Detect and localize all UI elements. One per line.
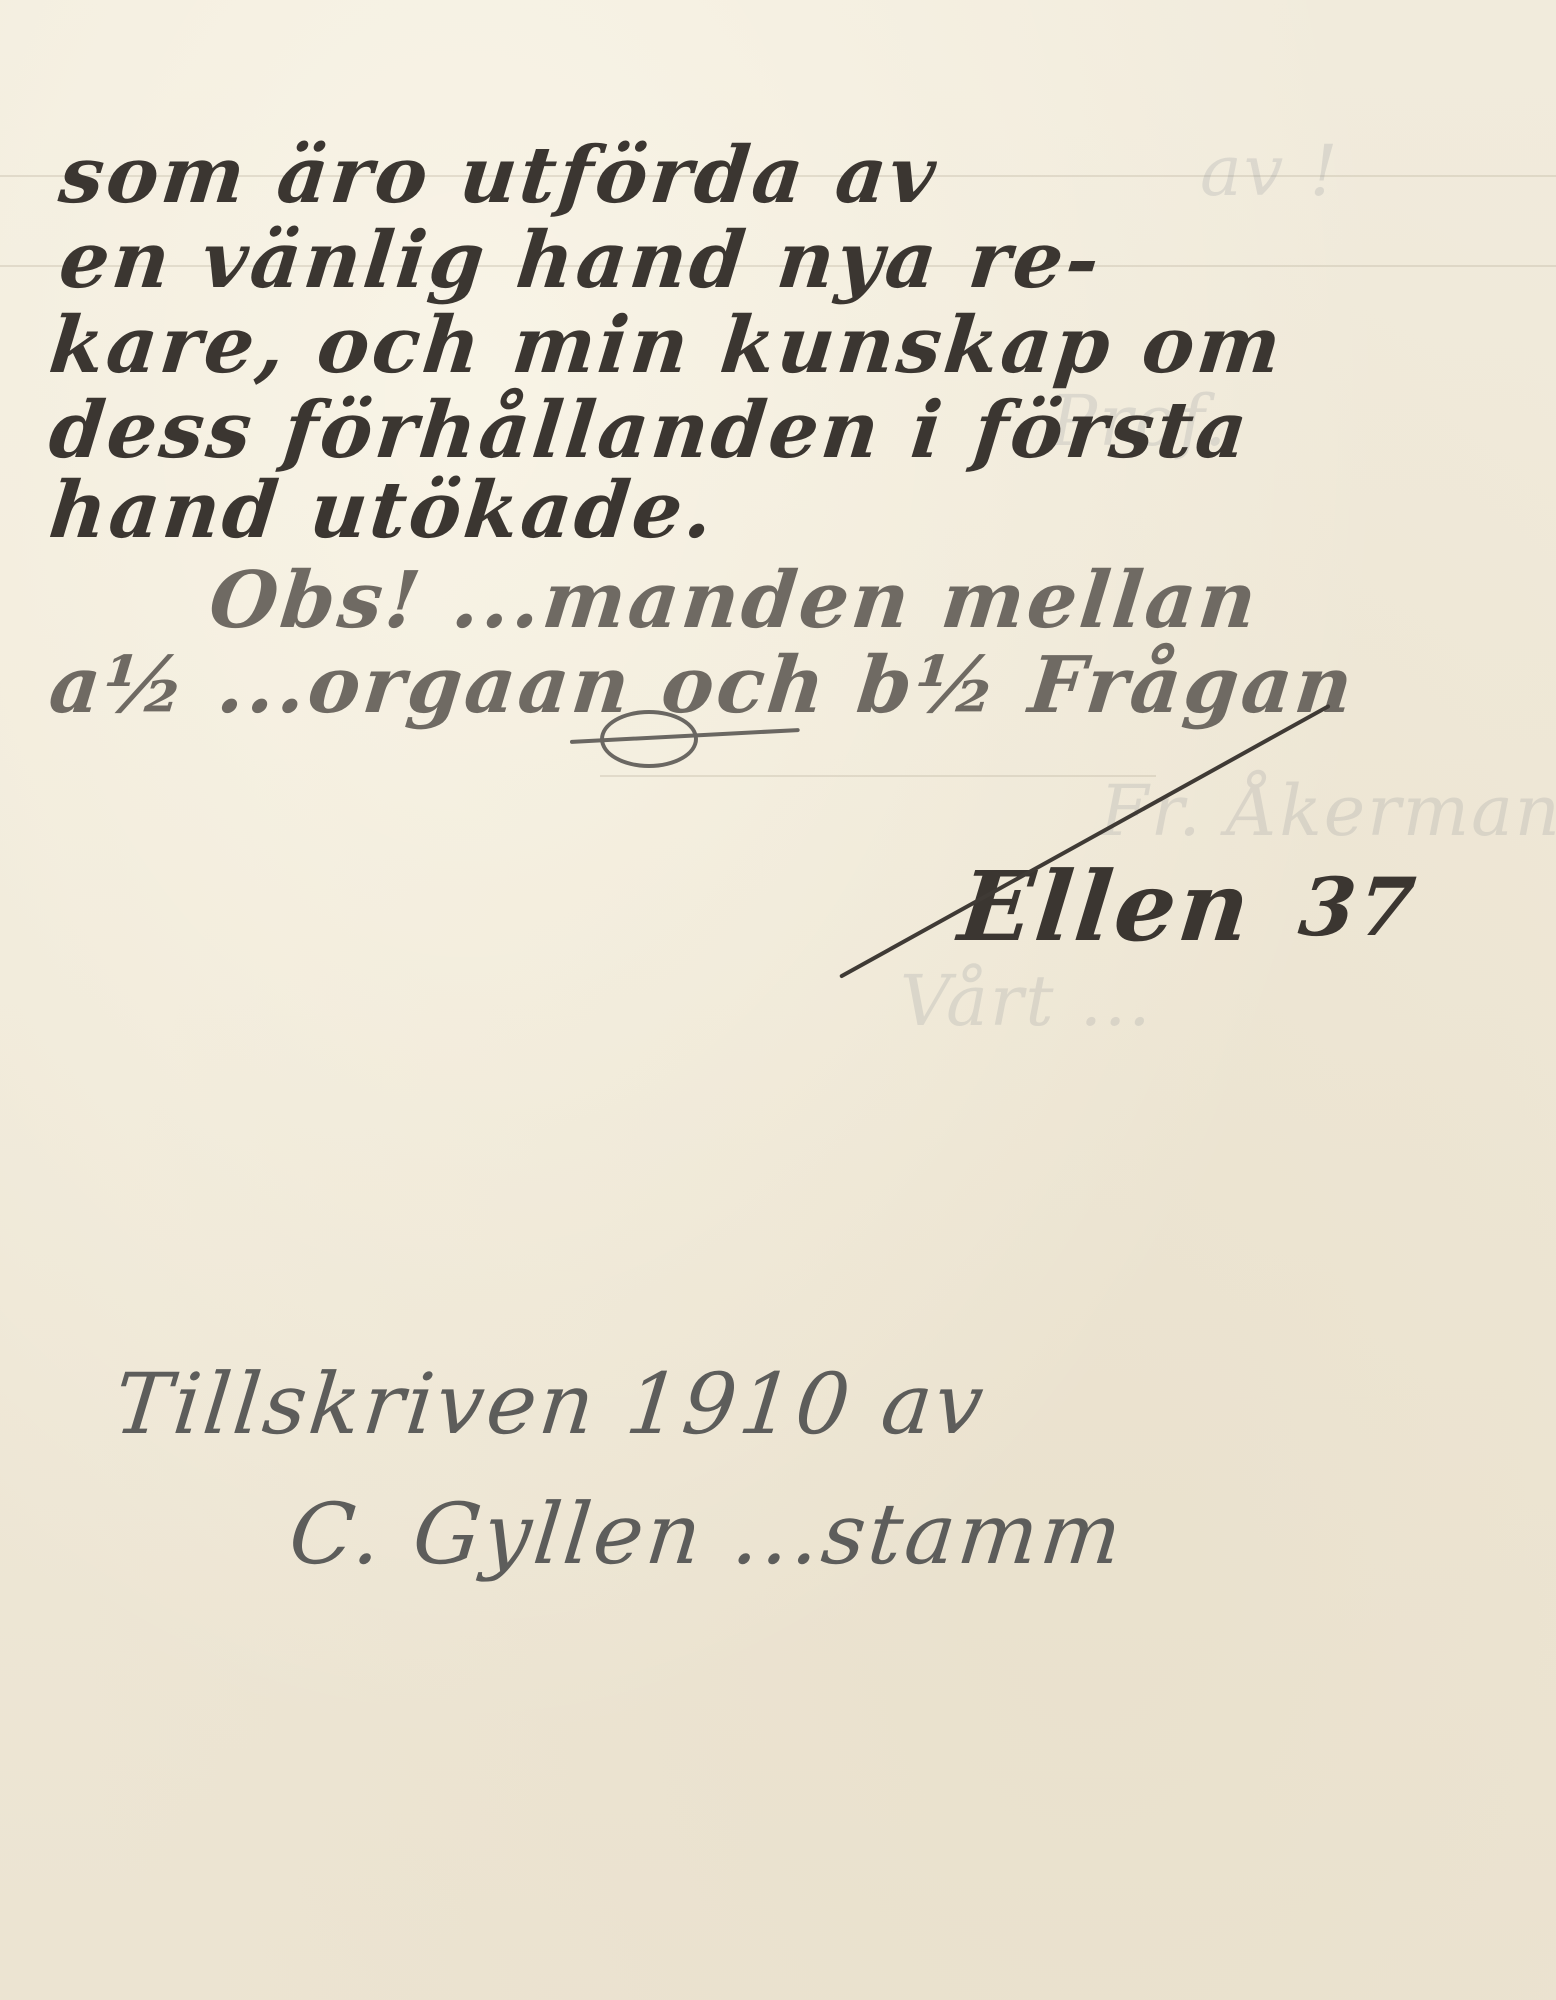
paper-crease: [600, 775, 1156, 777]
bleed-through-text: Vårt ...: [900, 960, 1152, 1042]
letter-line-1: som äro utförda av: [55, 130, 943, 221]
letter-line-4: dess förhållanden i första: [45, 385, 1254, 476]
letter-line-3: kare, och min kunskap om: [45, 300, 1288, 391]
bleed-through-text: av !: [1200, 130, 1340, 212]
annotation-line-1: Tillskriven 1910 av: [110, 1355, 991, 1453]
letter-line-2: en vänlig hand nya re-: [55, 215, 1106, 306]
letter-line-7: a½ ...orgaan och b½ Frågan: [45, 640, 1360, 731]
signature-number: 37: [1295, 860, 1422, 954]
annotation-line-2: C. Gyllen ...stamm: [285, 1485, 1129, 1583]
letter-line-6: Obs! ...manden mellan: [205, 555, 1263, 646]
bleed-through-text: Fr. Åkerman: [1100, 770, 1556, 852]
signature: Ellen: [954, 850, 1258, 963]
letter-line-5: hand utökade.: [45, 465, 720, 556]
